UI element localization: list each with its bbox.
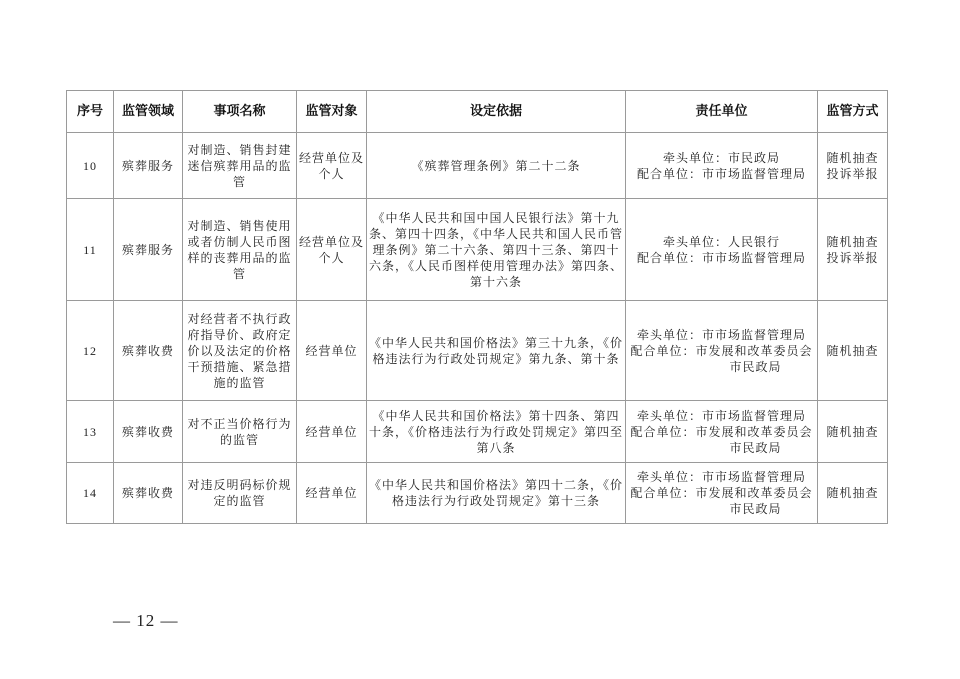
- cell-responsible-unit: 牵头单位：人民银行 配合单位：市市场监督管理局: [626, 199, 818, 301]
- cell-target: 经营单位及个人: [297, 133, 367, 199]
- coop-unit-extra: 市民政局: [627, 440, 816, 456]
- header-method: 监管方式: [818, 91, 888, 133]
- method-random-check: 随机抽查: [819, 424, 886, 440]
- cell-basis: 《殡葬管理条例》第二十二条: [367, 133, 626, 199]
- regulation-table: 序号 监管领域 事项名称 监管对象 设定依据 责任单位 监管方式 10 殡葬服务…: [66, 90, 888, 524]
- cell-method: 随机抽查: [818, 463, 888, 524]
- cell-basis: 《中华人民共和国价格法》第三十九条，《价格违法行为行政处罚规定》第九条、第十条: [367, 301, 626, 401]
- cell-method: 随机抽查: [818, 401, 888, 463]
- method-random-check: 随机抽查: [819, 234, 886, 250]
- table-row: 14 殡葬收费 对违反明码标价规定的监管 经营单位 《中华人民共和国价格法》第四…: [67, 463, 888, 524]
- cell-basis: 《中华人民共和国价格法》第四十二条，《价格违法行为行政处罚规定》第十三条: [367, 463, 626, 524]
- header-target: 监管对象: [297, 91, 367, 133]
- table-header-row: 序号 监管领域 事项名称 监管对象 设定依据 责任单位 监管方式: [67, 91, 888, 133]
- cell-method: 随机抽查: [818, 301, 888, 401]
- header-item-name: 事项名称: [183, 91, 297, 133]
- coop-unit: 配合单位：市市场监督管理局: [627, 166, 816, 182]
- lead-unit: 牵头单位：市市场监督管理局: [627, 469, 816, 485]
- table-row: 13 殡葬收费 对不正当价格行为的监管 经营单位 《中华人民共和国价格法》第十四…: [67, 401, 888, 463]
- cell-target: 经营单位: [297, 401, 367, 463]
- cell-domain: 殡葬收费: [114, 463, 183, 524]
- cell-serial-no: 11: [67, 199, 114, 301]
- method-complaint: 投诉举报: [819, 166, 886, 182]
- cell-item-name: 对不正当价格行为的监管: [183, 401, 297, 463]
- cell-item-name: 对制造、销售封建迷信殡葬用品的监管: [183, 133, 297, 199]
- cell-method: 随机抽查 投诉举报: [818, 199, 888, 301]
- lead-unit: 牵头单位：市市场监督管理局: [627, 408, 816, 424]
- lead-unit: 牵头单位：市市场监督管理局: [627, 327, 816, 343]
- cell-item-name: 对制造、销售使用或者仿制人民币图样的丧葬用品的监管: [183, 199, 297, 301]
- cell-domain: 殡葬收费: [114, 401, 183, 463]
- cell-basis: 《中华人民共和国价格法》第十四条、第四十条，《价格违法行为行政处罚规定》第四至第…: [367, 401, 626, 463]
- cell-domain: 殡葬收费: [114, 301, 183, 401]
- cell-basis: 《中华人民共和国中国人民银行法》第十九条、第四十四条，《中华人民共和国人民币管理…: [367, 199, 626, 301]
- coop-unit: 配合单位：市发展和改革委员会: [627, 424, 816, 440]
- coop-unit-extra: 市民政局: [627, 501, 816, 517]
- cell-serial-no: 14: [67, 463, 114, 524]
- table-row: 12 殡葬收费 对经营者不执行政府指导价、政府定价以及法定的价格干预措施、紧急措…: [67, 301, 888, 401]
- method-random-check: 随机抽查: [819, 150, 886, 166]
- cell-method: 随机抽查 投诉举报: [818, 133, 888, 199]
- coop-unit: 配合单位：市发展和改革委员会: [627, 343, 816, 359]
- cell-item-name: 对经营者不执行政府指导价、政府定价以及法定的价格干预措施、紧急措施的监管: [183, 301, 297, 401]
- lead-unit: 牵头单位：市民政局: [627, 150, 816, 166]
- cell-target: 经营单位: [297, 301, 367, 401]
- coop-unit: 配合单位：市发展和改革委员会: [627, 485, 816, 501]
- cell-serial-no: 13: [67, 401, 114, 463]
- cell-responsible-unit: 牵头单位：市市场监督管理局 配合单位：市发展和改革委员会 市民政局: [626, 301, 818, 401]
- cell-responsible-unit: 牵头单位：市市场监督管理局 配合单位：市发展和改革委员会 市民政局: [626, 463, 818, 524]
- header-serial-no: 序号: [67, 91, 114, 133]
- method-random-check: 随机抽查: [819, 343, 886, 359]
- header-basis: 设定依据: [367, 91, 626, 133]
- cell-domain: 殡葬服务: [114, 199, 183, 301]
- cell-domain: 殡葬服务: [114, 133, 183, 199]
- page-number: — 12 —: [113, 611, 179, 631]
- table-row: 11 殡葬服务 对制造、销售使用或者仿制人民币图样的丧葬用品的监管 经营单位及个…: [67, 199, 888, 301]
- cell-responsible-unit: 牵头单位：市市场监督管理局 配合单位：市发展和改革委员会 市民政局: [626, 401, 818, 463]
- cell-target: 经营单位: [297, 463, 367, 524]
- method-random-check: 随机抽查: [819, 485, 886, 501]
- table-row: 10 殡葬服务 对制造、销售封建迷信殡葬用品的监管 经营单位及个人 《殡葬管理条…: [67, 133, 888, 199]
- cell-serial-no: 10: [67, 133, 114, 199]
- header-responsible-unit: 责任单位: [626, 91, 818, 133]
- document-page: 序号 监管领域 事项名称 监管对象 设定依据 责任单位 监管方式 10 殡葬服务…: [0, 0, 960, 679]
- header-domain: 监管领域: [114, 91, 183, 133]
- cell-item-name: 对违反明码标价规定的监管: [183, 463, 297, 524]
- cell-serial-no: 12: [67, 301, 114, 401]
- method-complaint: 投诉举报: [819, 250, 886, 266]
- lead-unit: 牵头单位：人民银行: [627, 234, 816, 250]
- cell-target: 经营单位及个人: [297, 199, 367, 301]
- cell-responsible-unit: 牵头单位：市民政局 配合单位：市市场监督管理局: [626, 133, 818, 199]
- coop-unit: 配合单位：市市场监督管理局: [627, 250, 816, 266]
- coop-unit-extra: 市民政局: [627, 359, 816, 375]
